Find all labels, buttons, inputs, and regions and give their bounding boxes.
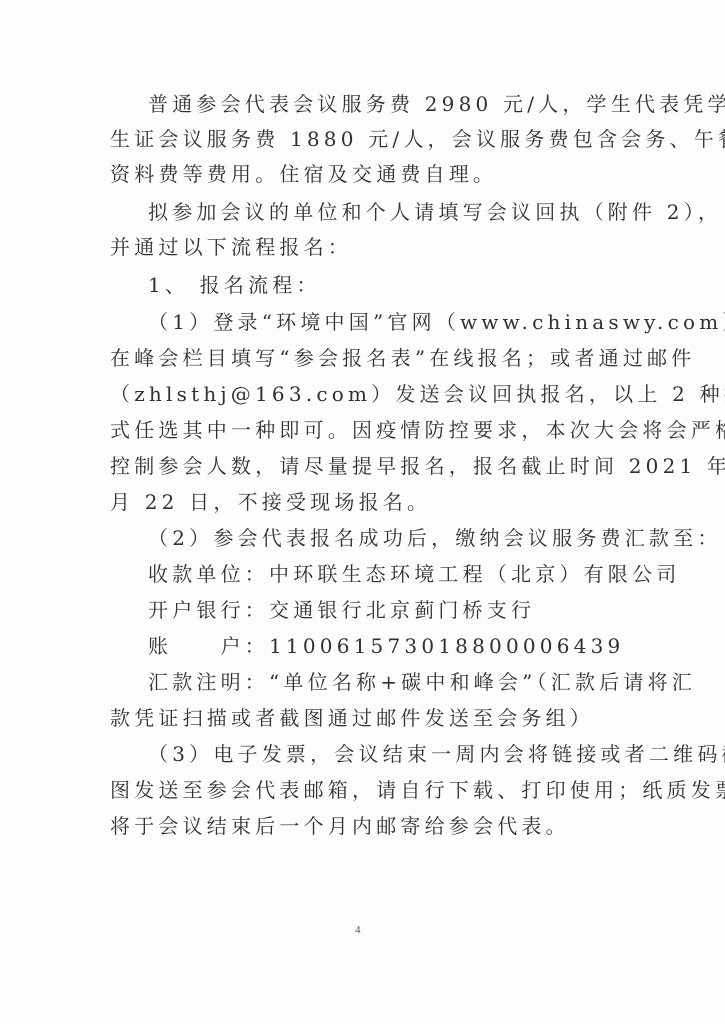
registration-intro-line-2: 并通过以下流程报名： bbox=[110, 233, 352, 261]
step-1-line-5: 控制参会人数，请尽量提早报名，报名截止时间 2021 年 5 bbox=[110, 452, 725, 480]
step-1-line-2: 在峰会栏目填写“参会报名表”在线报名；或者通过邮件 bbox=[110, 344, 695, 372]
step-2-heading: （2）参会代表报名成功后，缴纳会议服务费汇款至： bbox=[148, 524, 722, 552]
fee-paragraph-line-1: 普通参会代表会议服务费 2980 元/人，学生代表凭学 bbox=[148, 90, 725, 118]
section-heading-registration-process: 1、 报名流程： bbox=[148, 271, 321, 299]
fee-paragraph-line-3: 资料费等费用。住宿及交通费自理。 bbox=[110, 160, 497, 188]
step-3-line-1: （3）电子发票，会议结束一周内会将链接或者二维码截 bbox=[148, 740, 725, 768]
bank-line: 开户银行：交通银行北京蓟门桥支行 bbox=[148, 596, 535, 624]
payee-line: 收款单位：中环联生态环境工程（北京）有限公司 bbox=[148, 560, 680, 588]
account-line: 账 户：110061573018800006439 bbox=[148, 632, 624, 660]
fee-paragraph-line-2: 生证会议服务费 1880 元/人，会议服务费包含会务、午餐、 bbox=[110, 125, 725, 153]
step-3-line-3: 将于会议结束后一个月内邮寄给参会代表。 bbox=[110, 812, 570, 840]
step-1-line-4: 式任选其中一种即可。因疫情防控要求，本次大会将会严格 bbox=[110, 416, 725, 444]
account-number: 110061573018800006439 bbox=[269, 634, 624, 658]
step-1-line-3: （zhlsthj@163.com）发送会议回执报名，以上 2 种报名方 bbox=[110, 380, 725, 408]
remark-line-1: 汇款注明：“单位名称+碳中和峰会”（汇款后请将汇 bbox=[148, 668, 696, 696]
document-page: 普通参会代表会议服务费 2980 元/人，学生代表凭学 生证会议服务费 1880… bbox=[0, 0, 725, 1024]
step-1-line-1: （1）登录“环境中国”官网（www.chinaswy.com）， bbox=[148, 308, 725, 336]
remark-line-2: 款凭证扫描或者截图通过邮件发送至会务组） bbox=[110, 704, 594, 732]
registration-intro-line-1: 拟参加会议的单位和个人请填写会议回执（附件 2）， bbox=[148, 198, 722, 226]
account-label: 账 户： bbox=[148, 634, 269, 658]
step-3-line-2: 图发送至参会代表邮箱，请自行下载、打印使用；纸质发票 bbox=[110, 776, 725, 804]
page-number: 4 bbox=[355, 924, 361, 936]
step-1-line-6: 月 22 日，不接受现场报名。 bbox=[110, 488, 431, 516]
